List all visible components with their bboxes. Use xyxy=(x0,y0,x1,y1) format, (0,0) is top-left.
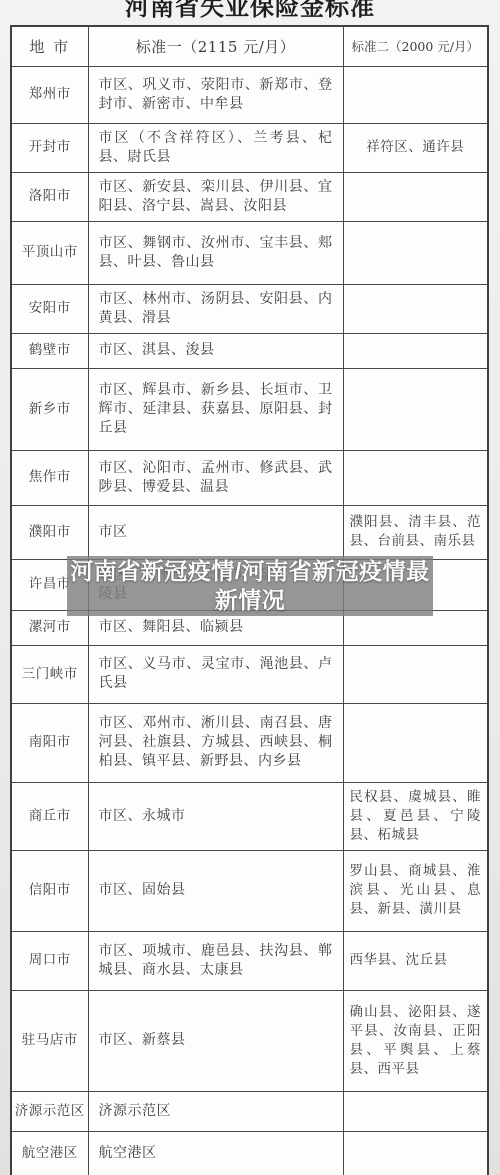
standard-2-cell: 西华县、沈丘县 xyxy=(343,931,488,990)
standard-1-cell: 市区、新安县、栾川县、伊川县、宜阳县、洛宁县、嵩县、汝阳县 xyxy=(88,172,343,221)
standard-2-cell: 祥符区、通许县 xyxy=(343,123,488,172)
standard-1-cell: 航空港区 xyxy=(88,1131,343,1175)
standard-2-cell xyxy=(343,450,488,505)
standard-1-cell: 市区、永城市 xyxy=(88,782,343,850)
article-image: 河南省失业保险金标准 地 市 标准一（2115 元/月） 标准二（2000 元/… xyxy=(0,0,500,1175)
standard-2-cell: 罗山县、商城县、淮滨县、光山县、息县、新县、潢川县 xyxy=(343,850,488,931)
standard-1-cell: 市区、新蔡县 xyxy=(88,990,343,1091)
standard-1-cell: 市区（不含祥符区）、兰考县、杞县、尉氏县 xyxy=(88,123,343,172)
standard-1-cell: 市区、舞钢市、汝州市、宝丰县、郏县、叶县、鲁山县 xyxy=(88,221,343,284)
city-cell: 焦作市 xyxy=(11,450,88,505)
table-row: 周口市 市区、项城市、鹿邑县、扶沟县、郸城县、商水县、太康县 西华县、沈丘县 xyxy=(11,931,488,990)
table-row: 洛阳市 市区、新安县、栾川县、伊川县、宜阳县、洛宁县、嵩县、汝阳县 xyxy=(11,172,488,221)
city-cell: 开封市 xyxy=(11,123,88,172)
city-cell: 济源示范区 xyxy=(11,1091,88,1131)
standard-1-cell: 市区、义马市、灵宝市、渑池县、卢氏县 xyxy=(88,645,343,703)
standard-2-cell: 濮阳县、清丰县、范县、台前县、南乐县 xyxy=(343,505,488,559)
city-cell: 商丘市 xyxy=(11,782,88,850)
city-cell: 平顶山市 xyxy=(11,221,88,284)
standard-1-cell: 市区、邓州市、淅川县、南召县、唐河县、社旗县、方城县、西峡县、桐柏县、镇平县、新… xyxy=(88,703,343,782)
city-cell: 三门峡市 xyxy=(11,645,88,703)
city-cell: 安阳市 xyxy=(11,284,88,333)
watermark-overlay: 河南省新冠疫情/河南省新冠疫情最新情况 xyxy=(67,556,433,616)
city-cell: 鹤壁市 xyxy=(11,333,88,368)
city-cell: 周口市 xyxy=(11,931,88,990)
standard-2-cell xyxy=(343,221,488,284)
table-row: 平顶山市 市区、舞钢市、汝州市、宝丰县、郏县、叶县、鲁山县 xyxy=(11,221,488,284)
standard-2-cell xyxy=(343,368,488,450)
city-cell: 洛阳市 xyxy=(11,172,88,221)
table-row: 航空港区 航空港区 xyxy=(11,1131,488,1175)
city-cell: 新乡市 xyxy=(11,368,88,450)
standard-1-cell: 市区、辉县市、新乡县、长垣市、卫辉市、延津县、获嘉县、原阳县、封丘县 xyxy=(88,368,343,450)
table-row: 鹤壁市 市区、淇县、浚县 xyxy=(11,333,488,368)
city-cell: 驻马店市 xyxy=(11,990,88,1091)
standard-2-cell xyxy=(343,1131,488,1175)
city-cell: 濮阳市 xyxy=(11,505,88,559)
city-cell: 信阳市 xyxy=(11,850,88,931)
table-row: 郑州市 市区、巩义市、荥阳市、新郑市、登封市、新密市、中牟县 xyxy=(11,66,488,123)
table-row: 南阳市 市区、邓州市、淅川县、南召县、唐河县、社旗县、方城县、西峡县、桐柏县、镇… xyxy=(11,703,488,782)
city-cell: 郑州市 xyxy=(11,66,88,123)
standard-1-cell: 市区、项城市、鹿邑县、扶沟县、郸城县、商水县、太康县 xyxy=(88,931,343,990)
watermark-text: 河南省新冠疫情/河南省新冠疫情最新情况 xyxy=(70,557,430,615)
table-body: 郑州市 市区、巩义市、荥阳市、新郑市、登封市、新密市、中牟县 开封市 市区（不含… xyxy=(11,66,488,1175)
standard-1-cell: 市区、林州市、汤阴县、安阳县、内黄县、滑县 xyxy=(88,284,343,333)
standard-1-cell: 济源示范区 xyxy=(88,1091,343,1131)
table-row: 开封市 市区（不含祥符区）、兰考县、杞县、尉氏县 祥符区、通许县 xyxy=(11,123,488,172)
table-row: 新乡市 市区、辉县市、新乡县、长垣市、卫辉市、延津县、获嘉县、原阳县、封丘县 xyxy=(11,368,488,450)
standard-1-cell: 市区、淇县、浚县 xyxy=(88,333,343,368)
table-row: 信阳市 市区、固始县 罗山县、商城县、淮滨县、光山县、息县、新县、潢川县 xyxy=(11,850,488,931)
standard-1-cell: 市区、固始县 xyxy=(88,850,343,931)
city-cell: 南阳市 xyxy=(11,703,88,782)
table-row: 濮阳市 市区 濮阳县、清丰县、范县、台前县、南乐县 xyxy=(11,505,488,559)
standard-2-cell xyxy=(343,645,488,703)
header-standard-2: 标准二（2000 元/月） xyxy=(343,26,488,66)
header-city: 地 市 xyxy=(11,26,88,66)
standard-2-cell xyxy=(343,284,488,333)
standard-2-cell xyxy=(343,333,488,368)
standard-1-cell: 市区 xyxy=(88,505,343,559)
standard-2-cell xyxy=(343,172,488,221)
header-standard-1: 标准一（2115 元/月） xyxy=(88,26,343,66)
standard-2-cell: 民权县、虞城县、睢县、夏邑县、宁陵县、柘城县 xyxy=(343,782,488,850)
table-row: 驻马店市 市区、新蔡县 确山县、泌阳县、遂平县、汝南县、正阳县、平舆县、上蔡县、… xyxy=(11,990,488,1091)
table-header: 地 市 标准一（2115 元/月） 标准二（2000 元/月） xyxy=(11,26,488,66)
standard-2-cell: 确山县、泌阳县、遂平县、汝南县、正阳县、平舆县、上蔡县、西平县 xyxy=(343,990,488,1091)
table-row: 安阳市 市区、林州市、汤阴县、安阳县、内黄县、滑县 xyxy=(11,284,488,333)
city-cell: 航空港区 xyxy=(11,1131,88,1175)
page-title: 河南省失业保险金标准 xyxy=(0,0,500,22)
standard-2-cell xyxy=(343,703,488,782)
table-row: 济源示范区 济源示范区 xyxy=(11,1091,488,1131)
standard-2-cell xyxy=(343,66,488,123)
table-row: 商丘市 市区、永城市 民权县、虞城县、睢县、夏邑县、宁陵县、柘城县 xyxy=(11,782,488,850)
header-row: 地 市 标准一（2115 元/月） 标准二（2000 元/月） xyxy=(11,26,488,66)
table-row: 三门峡市 市区、义马市、灵宝市、渑池县、卢氏县 xyxy=(11,645,488,703)
standard-2-cell xyxy=(343,1091,488,1131)
standard-1-cell: 市区、巩义市、荥阳市、新郑市、登封市、新密市、中牟县 xyxy=(88,66,343,123)
standard-1-cell: 市区、沁阳市、孟州市、修武县、武陟县、博爱县、温县 xyxy=(88,450,343,505)
table-row: 焦作市 市区、沁阳市、孟州市、修武县、武陟县、博爱县、温县 xyxy=(11,450,488,505)
